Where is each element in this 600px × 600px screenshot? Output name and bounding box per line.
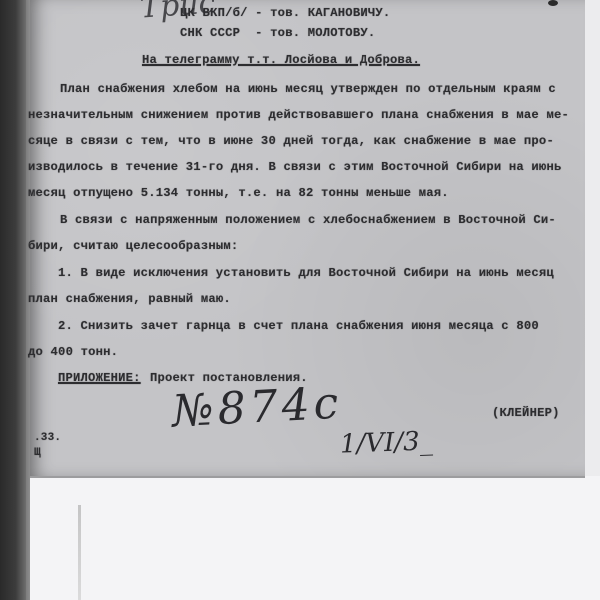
list-item-1-cont: план снабжения, равный маю. xyxy=(28,292,231,306)
paragraph-line: сяце в связи с тем, что в июне 30 дней т… xyxy=(28,134,554,148)
margin-code: Щ xyxy=(34,447,41,459)
paragraph-line: План снабжения хлебом на июнь месяц утве… xyxy=(60,82,556,96)
page-crease xyxy=(78,505,81,600)
paragraph-line: В связи с напряженным положением с хлебо… xyxy=(60,213,556,227)
list-item-2: 2. Снизить зачет гарнца в счет плана сна… xyxy=(58,319,539,333)
paragraph-line: изводилось в течение 31-го дня. В связи … xyxy=(28,160,561,174)
addressee-line: СНК СССР - тов. МОЛОТОВУ. xyxy=(180,26,375,40)
ink-blot xyxy=(548,0,558,6)
handwritten-registration-number: №874с xyxy=(171,378,344,438)
handwritten-date: 1/VI/3_ xyxy=(340,426,434,459)
list-item-1: 1. В виде исключения установить для Вост… xyxy=(58,266,554,280)
margin-code: .33. xyxy=(34,432,61,444)
blank-underlying-page xyxy=(30,476,600,600)
addressee-line: ЦК ВКП/б/ - тов. КАГАНОВИЧУ. xyxy=(180,6,390,20)
binding-shadow xyxy=(0,0,26,600)
list-item-2-cont: до 400 тонн. xyxy=(28,345,118,359)
signature: (КЛЕЙНЕР) xyxy=(492,406,560,420)
attachment-label: ПРИЛОЖЕНИЕ: xyxy=(58,371,141,385)
document-subject: На телеграмму т.т. Лосйова и Доброва. xyxy=(142,53,420,67)
paragraph-line: незначительным снижением против действов… xyxy=(28,108,569,122)
paragraph-line: бири, считаю целесообразным: xyxy=(28,239,238,253)
paragraph-line: месяц отпущено 5.134 тонны, т.е. на 82 т… xyxy=(28,186,449,200)
sheet-margin xyxy=(585,0,600,476)
